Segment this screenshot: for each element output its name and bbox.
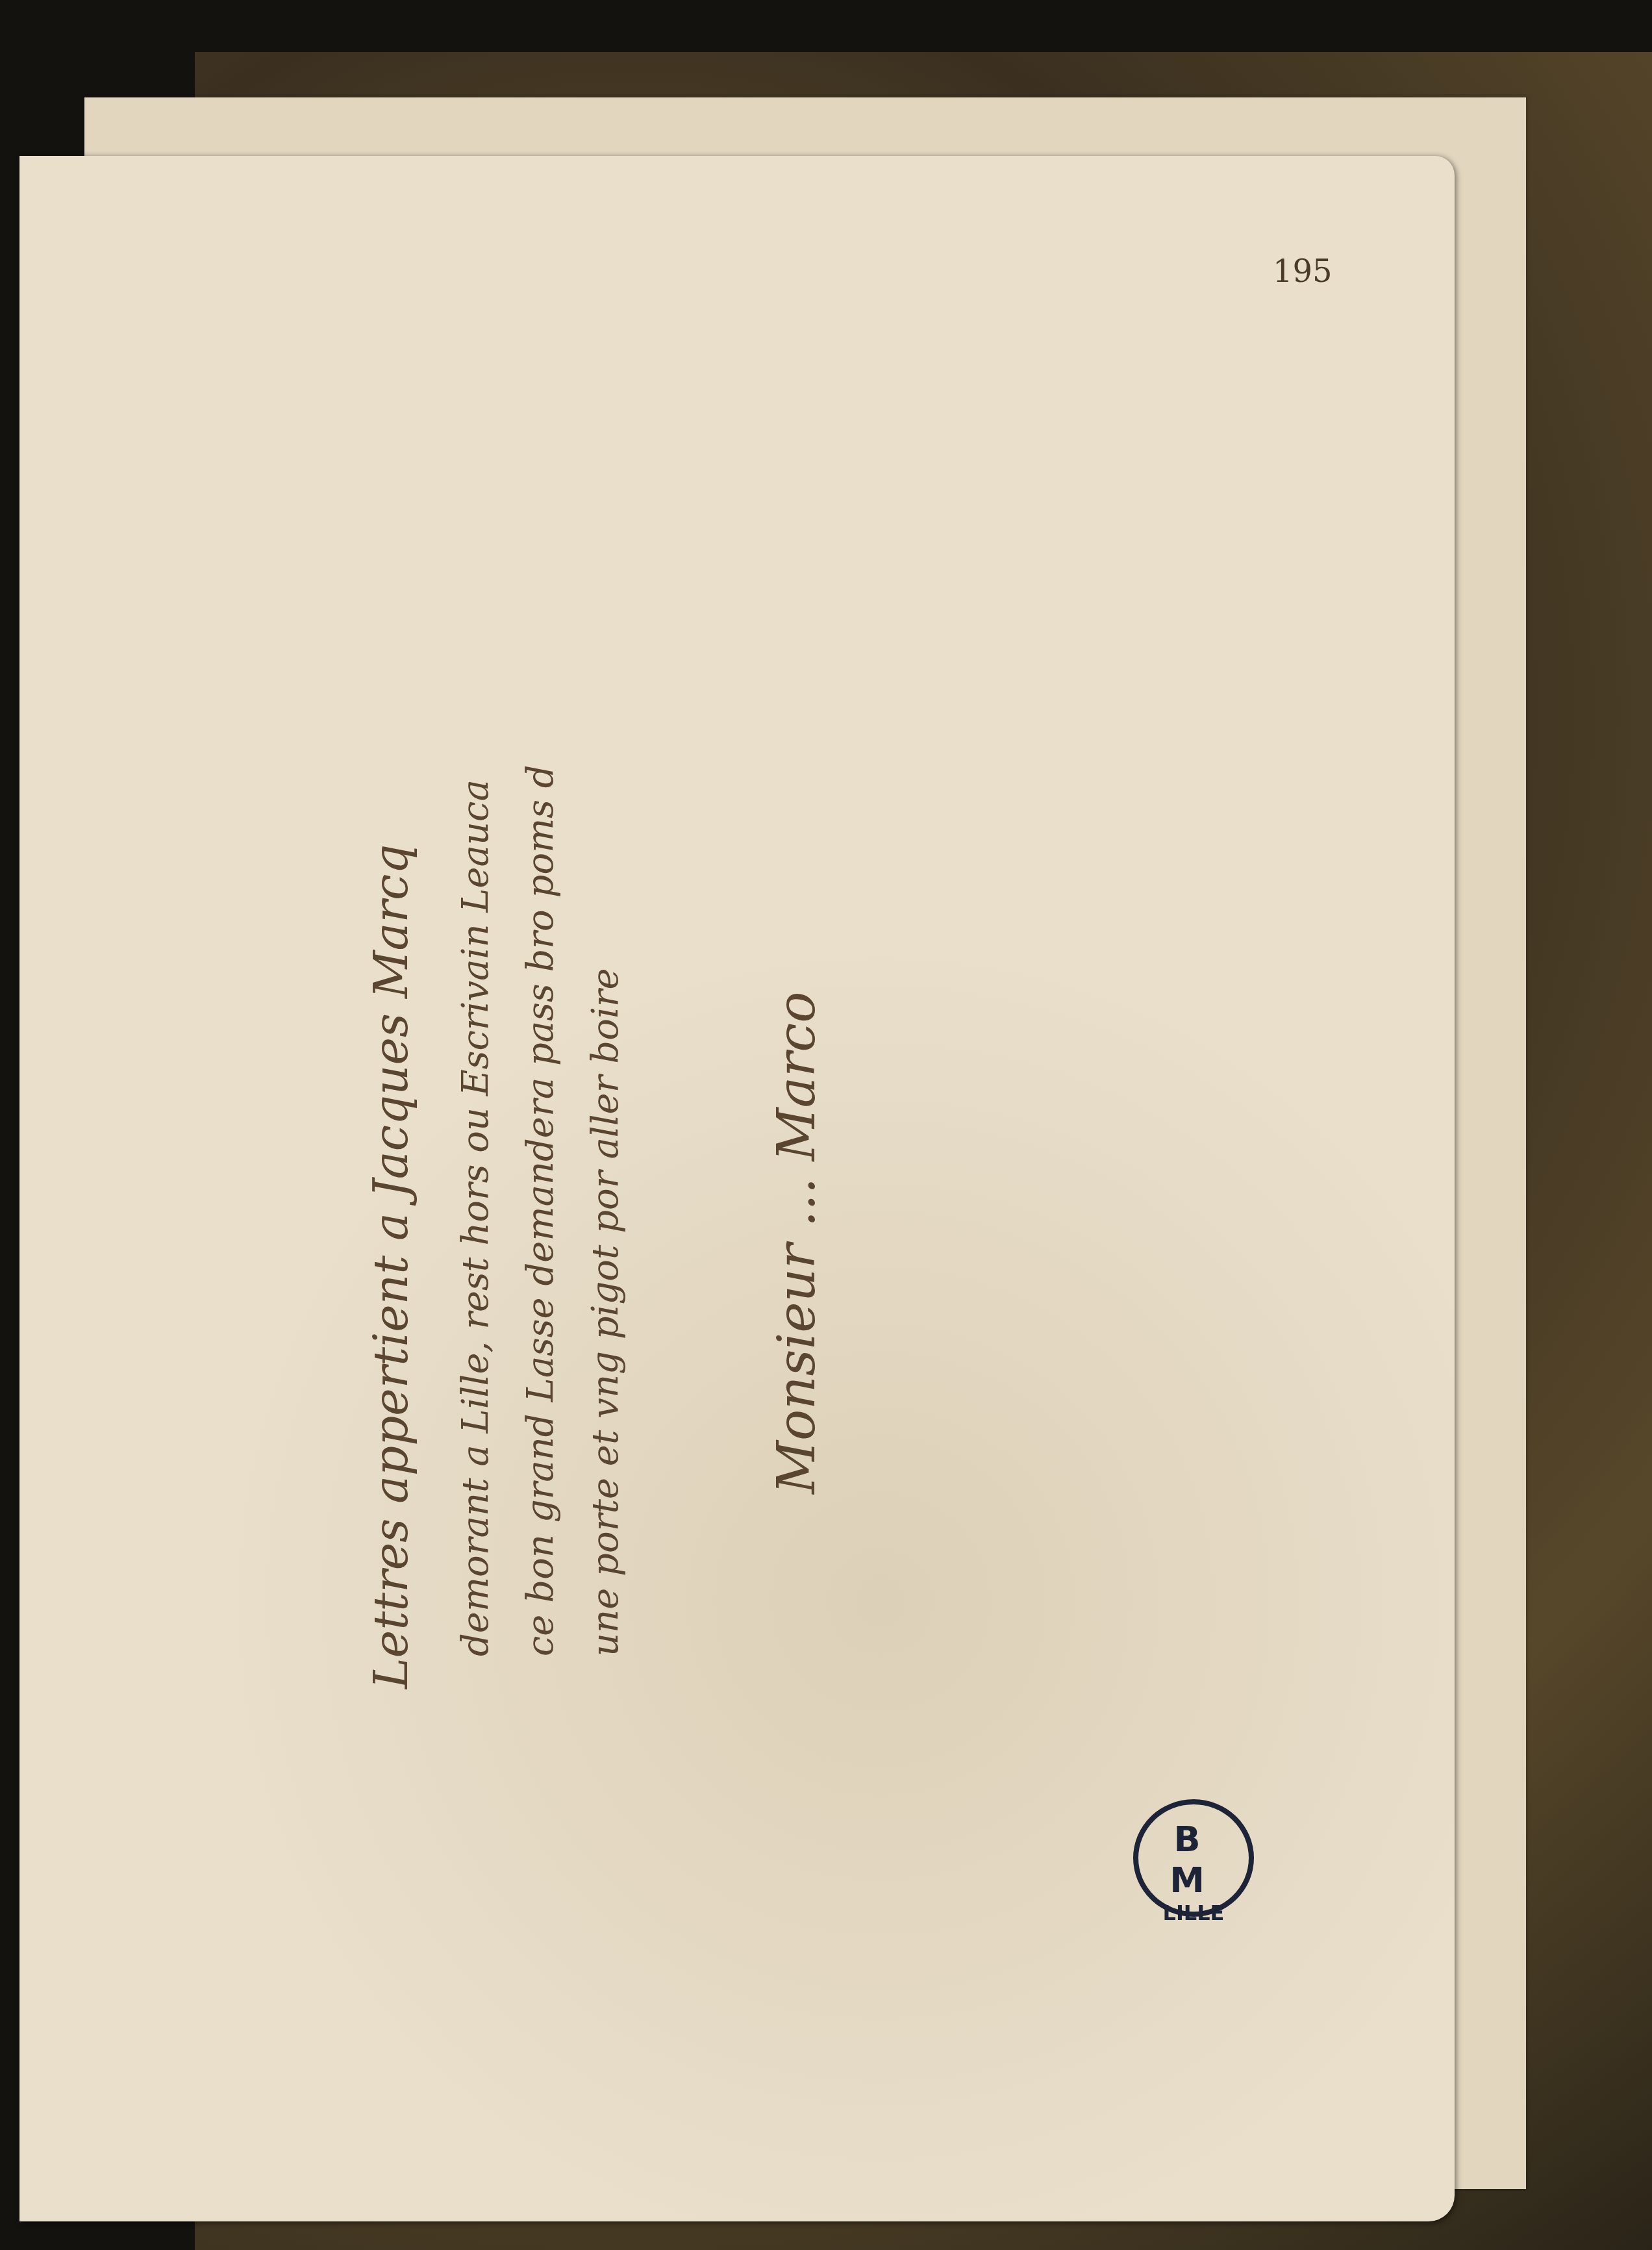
stamp-line2: LILLE xyxy=(1138,1901,1249,1925)
script-line-1: Lettres appertient a Jacques Marcq xyxy=(364,844,418,1689)
stamp-line1: B M xyxy=(1138,1819,1249,1901)
script-line-3: ce bon grand Lasse demandera pass bro po… xyxy=(519,765,562,1656)
library-stamp: B M LILLE xyxy=(1133,1799,1254,1917)
signature: Monsieur ... Marco xyxy=(766,992,827,1494)
script-line-4: une porte et vng pigot por aller boire xyxy=(584,968,627,1656)
folio-number: 195 xyxy=(1273,253,1333,290)
script-line-2: demorant a Lille, rest hors ou Escrivain… xyxy=(455,779,497,1656)
